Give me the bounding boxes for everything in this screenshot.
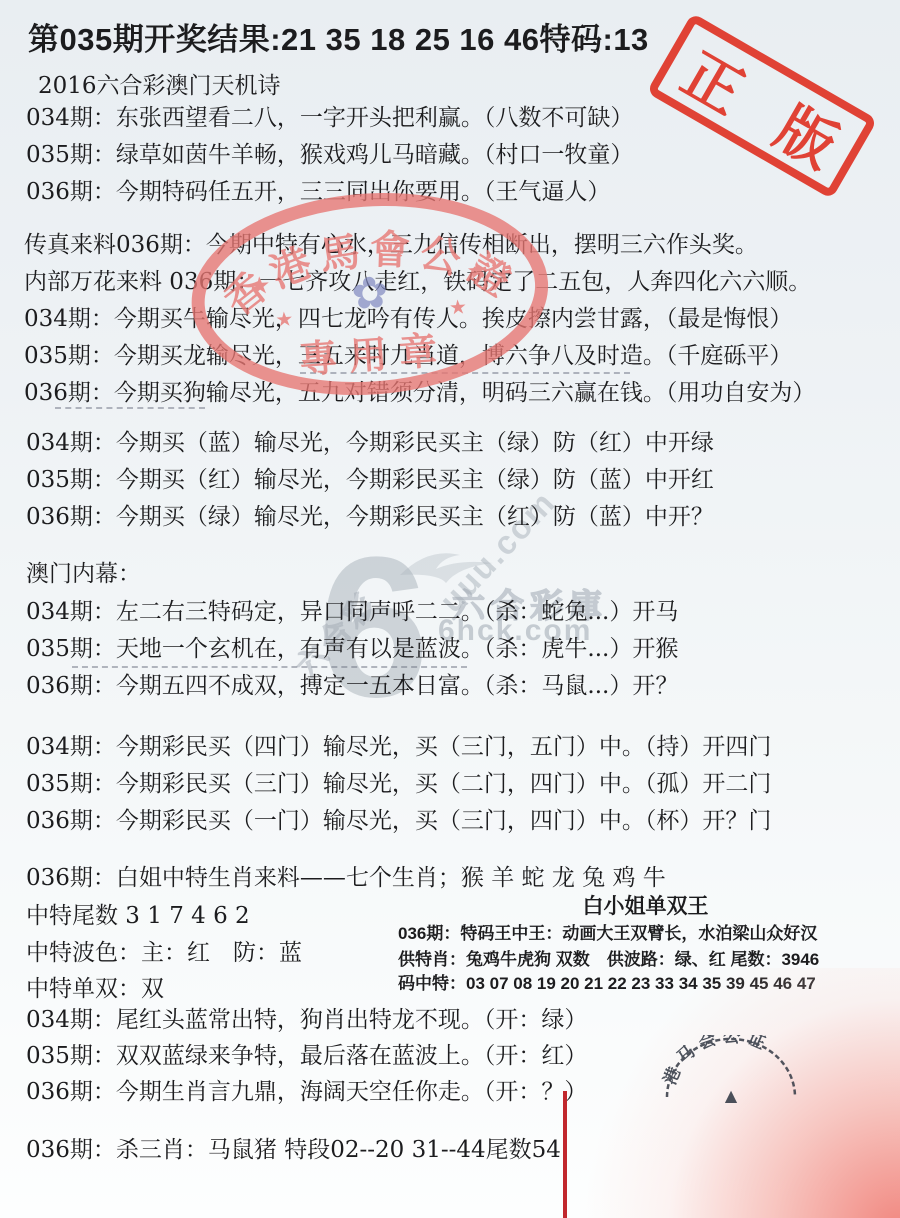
poem-row: 035期：绿草如茵牛羊畅，猴戏鸡儿马暗藏。（村口一牧童） xyxy=(26,141,633,169)
zhengban-stamp: 正 版 xyxy=(646,13,877,200)
stat-wave-color: 中特波色：主：红 防：蓝 xyxy=(26,939,302,967)
star-icon: ★ xyxy=(448,294,468,319)
star-icon: ★ xyxy=(275,306,295,331)
lottery-sheet-page: { "header": {"title": "第035期开奖结果:21 35 1… xyxy=(0,0,900,1218)
underline-mark xyxy=(55,407,205,409)
zhengban-char: 版 xyxy=(763,82,855,184)
baixiaojie-title: 白小姐单双王 xyxy=(398,893,893,921)
stat-odd-even: 中特单双：双 xyxy=(26,975,164,1003)
corner-seal-arc-text: 港马会公证 xyxy=(660,1035,773,1088)
wave-row: 036期：今期生肖言九鼎，海阔天空任你走。（开：？） xyxy=(26,1078,587,1106)
wave-row: 034期：尾红头蓝常出特，狗肖出特龙不现。（开：绿） xyxy=(26,1006,587,1034)
door-row: 034期：今期彩民买（四门）输尽光，买（三门，五门）中。（持）开四门 xyxy=(26,733,771,761)
color-bet-row: 035期：今期买（红）输尽光，今期彩民买主（绿）防（蓝）中开红 xyxy=(26,466,714,494)
corner-seal-stamp: 港马会公证 ▲ xyxy=(655,1035,815,1115)
door-row: 035期：今期彩民买（三门）输尽光，买（二门，四门）中。（孤）开二门 xyxy=(26,770,771,798)
baixiaojie-row: 036期：特码王中王：动画大王双臂长，水泊梁山众好汉 xyxy=(398,920,817,948)
kill-three-row: 036期：杀三肖：马鼠猪 特段02--20 31--44尾数54 xyxy=(26,1136,561,1164)
macau-section-title: 澳门内幕： xyxy=(26,560,141,588)
star-icon: ★ xyxy=(248,271,271,300)
poem-row: 034期：东张西望看二八，一字开头把利赢。（八数不可缺） xyxy=(26,104,633,132)
poem-title: 2016六合彩澳门天机诗 xyxy=(38,72,281,100)
red-divider-line xyxy=(563,1091,567,1218)
door-row: 036期：今期彩民买（一门）输尽光，买（三门，四门）中。（杯）开？门 xyxy=(26,807,771,835)
stat-tail-numbers: 中特尾数 3 1 7 4 6 2 xyxy=(26,902,250,930)
zhengban-char: 正 xyxy=(669,28,761,130)
color-bet-row: 036期：今期买（绿）输尽光，今期彩民买主（红）防（蓝）中开？ xyxy=(26,503,714,531)
page-title: 第035期开奖结果:21 35 18 25 16 46特码:13 xyxy=(28,26,649,54)
baijie-row: 036期：白姐中特生肖来料——七个生肖；猴 羊 蛇 龙 兔 鸡 牛 xyxy=(26,864,666,892)
corner-seal-mark-icon: ▲ xyxy=(725,1086,738,1105)
wave-row: 035期：双双蓝绿来争特，最后落在蓝波上。（开：红） xyxy=(26,1042,587,1070)
macau-row: 034期：左二右三特码定，异口同声呼二二。（杀：蛇兔...）开马 xyxy=(26,598,678,626)
svg-text:港马会公证: 港马会公证 xyxy=(660,1035,773,1088)
underline-mark xyxy=(72,666,467,668)
flower-icon: ✿ xyxy=(350,267,390,320)
color-bet-row: 034期：今期买（蓝）输尽光，今期彩民买主（绿）防（红）中开绿 xyxy=(26,429,714,457)
macau-row: 035期：天地一个玄机在，有声有以是蓝波。（杀：虎牛...）开猴 xyxy=(26,635,678,663)
official-seal-stamp: 香港馬會公證 ★ ★ ★ ★ ✿ 專用章 xyxy=(173,177,567,415)
macau-row: 036期：今期五四不成双，搏定一五本日富。（杀：马鼠...）开？ xyxy=(26,672,678,700)
star-icon: ★ xyxy=(466,256,489,285)
